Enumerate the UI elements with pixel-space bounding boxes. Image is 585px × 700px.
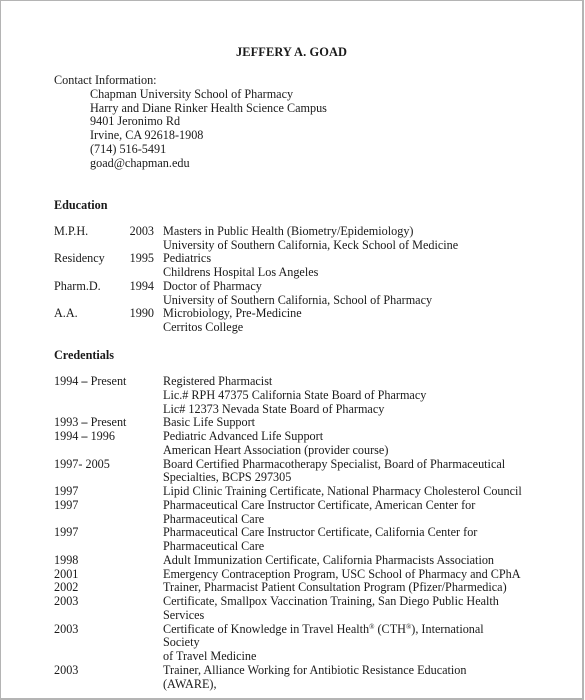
education-year [128,239,154,253]
education-description: Cerritos College [154,321,243,335]
credential-row: 1997Pharmaceutical Care Instructor Certi… [54,499,534,513]
contact-line: Irvine, CA 92618-1908 [90,129,327,143]
contact-line: Harry and Diane Rinker Health Science Ca… [90,102,327,116]
contact-line: Chapman University School of Pharmacy [90,88,327,102]
credential-dates: 1994 – Present [54,375,163,389]
education-degree [54,266,128,280]
credential-description: Lipid Clinic Training Certificate, Natio… [163,485,523,499]
registered-mark: ® [369,623,374,631]
education-row: Residency1995Pediatrics [54,252,458,266]
credential-row: 2002Trainer, Pharmacist Patient Consulta… [54,581,534,595]
credential-dates [54,609,163,623]
credential-row: Pharmaceutical Care [54,540,534,554]
education-degree: A.A. [54,307,128,321]
credential-row: 2003Certificate, Smallpox Vaccination Tr… [54,595,534,609]
credential-row: Pharmaceutical Care [54,513,534,527]
credential-dates: 2003 [54,623,163,651]
education-degree: M.P.H. [54,225,128,239]
credential-description: Specialties, BCPS 297305 [163,471,523,485]
credential-description: Lic# 12373 Nevada State Board of Pharmac… [163,403,523,417]
education-year [128,294,154,308]
credential-row: 1997Pharmaceutical Care Instructor Certi… [54,526,534,540]
credential-description: Basic Life Support [163,416,523,430]
credential-row: 1997Lipid Clinic Training Certificate, N… [54,485,534,499]
credential-description: Pharmaceutical Care Instructor Certifica… [163,526,523,540]
contact-label: Contact Information: [54,74,327,88]
education-year: 1994 [128,280,154,294]
credential-dates: 1997- 2005 [54,458,163,472]
credential-description: Board Certified Pharmacotherapy Speciali… [163,458,523,472]
credential-description: Pharmaceutical Care Instructor Certifica… [163,499,523,513]
credential-dates: 2002 [54,581,163,595]
credential-dates [54,650,163,664]
credential-dates: 1998 [54,554,163,568]
credential-row: 1997- 2005Board Certified Pharmacotherap… [54,458,534,472]
credential-description: Lic.# RPH 47375 California State Board o… [163,389,523,403]
education-list: M.P.H.2003Masters in Public Health (Biom… [54,225,458,335]
credential-row: Lic.# RPH 47375 California State Board o… [54,389,534,403]
education-row: A.A.1990Microbiology, Pre-Medicine [54,307,458,321]
credential-dates: 1993 – Present [54,416,163,430]
credential-dates [54,403,163,417]
credential-dates: 1994 – 1996 [54,430,163,444]
credential-description: Emergency Contraception Program, USC Sch… [163,568,523,582]
credential-row: 2003Trainer, Alliance Working for Antibi… [54,664,534,692]
resume-name-heading: JEFFERY A. GOAD [1,45,582,60]
credential-row: 1998Adult Immunization Certificate, Cali… [54,554,534,568]
credential-row: of Travel Medicine [54,650,534,664]
contact-line: 9401 Jeronimo Rd [90,115,327,129]
contact-line: goad@chapman.edu [90,157,327,171]
credential-description: Pediatric Advanced Life Support [163,430,523,444]
education-description: Doctor of Pharmacy [154,280,262,294]
education-degree [54,294,128,308]
education-row: Childrens Hospital Los Angeles [54,266,458,280]
credential-row: 2003Certificate of Knowledge in Travel H… [54,623,534,651]
credential-dates [54,513,163,527]
education-row: M.P.H.2003Masters in Public Health (Biom… [54,225,458,239]
credential-dates [54,389,163,403]
education-degree [54,321,128,335]
credential-dates: 1997 [54,499,163,513]
education-year: 1990 [128,307,154,321]
education-year [128,266,154,280]
credential-description: Pharmaceutical Care [163,513,523,527]
education-year: 1995 [128,252,154,266]
credential-dates: 2001 [54,568,163,582]
credential-dates [54,540,163,554]
credential-row: Services [54,609,534,623]
education-description: Microbiology, Pre-Medicine [154,307,302,321]
credential-dates: 1997 [54,526,163,540]
credential-row: Specialties, BCPS 297305 [54,471,534,485]
credential-description: Trainer, Pharmacist Patient Consultation… [163,581,523,595]
education-degree [54,239,128,253]
registered-mark: ® [406,623,411,631]
education-description: Pediatrics [154,252,211,266]
credential-row: 1994 – PresentRegistered Pharmacist [54,375,534,389]
education-description: University of Southern California, Schoo… [154,294,432,308]
credential-description: Pharmaceutical Care [163,540,523,554]
credential-row: 2001Emergency Contraception Program, USC… [54,568,534,582]
credentials-list: 1994 – PresentRegistered PharmacistLic.#… [54,375,534,691]
credential-row: 1993 – PresentBasic Life Support [54,416,534,430]
credential-description: Certificate, Smallpox Vaccination Traini… [163,595,523,609]
education-degree: Residency [54,252,128,266]
credential-dates: 2003 [54,664,163,692]
document-page: JEFFERY A. GOAD Contact Information: Cha… [0,0,584,700]
contact-lines: Chapman University School of PharmacyHar… [54,88,327,171]
credential-description: Services [163,609,523,623]
credential-description: of Travel Medicine [163,650,523,664]
education-row: University of Southern California, Keck … [54,239,458,253]
credential-description: Adult Immunization Certificate, Californ… [163,554,523,568]
credential-row: 1994 – 1996Pediatric Advanced Life Suppo… [54,430,534,444]
credential-description: Trainer, Alliance Working for Antibiotic… [163,664,523,692]
credential-row: American Heart Association (provider cou… [54,444,534,458]
credential-dates [54,471,163,485]
credential-description: American Heart Association (provider cou… [163,444,523,458]
education-row: Pharm.D.1994Doctor of Pharmacy [54,280,458,294]
education-description: University of Southern California, Keck … [154,239,458,253]
credential-description: Certificate of Knowledge in Travel Healt… [163,623,523,651]
credential-dates [54,444,163,458]
contact-information: Contact Information: Chapman University … [54,74,327,170]
education-description: Childrens Hospital Los Angeles [154,266,318,280]
education-row: University of Southern California, Schoo… [54,294,458,308]
credential-dates: 2003 [54,595,163,609]
education-description: Masters in Public Health (Biometry/Epide… [154,225,413,239]
education-degree: Pharm.D. [54,280,128,294]
education-year [128,321,154,335]
credential-description: Registered Pharmacist [163,375,523,389]
contact-line: (714) 516-5491 [90,143,327,157]
education-row: Cerritos College [54,321,458,335]
credential-dates: 1997 [54,485,163,499]
education-heading: Education [54,198,108,213]
credentials-heading: Credentials [54,348,114,363]
education-year: 2003 [128,225,154,239]
credential-row: Lic# 12373 Nevada State Board of Pharmac… [54,403,534,417]
